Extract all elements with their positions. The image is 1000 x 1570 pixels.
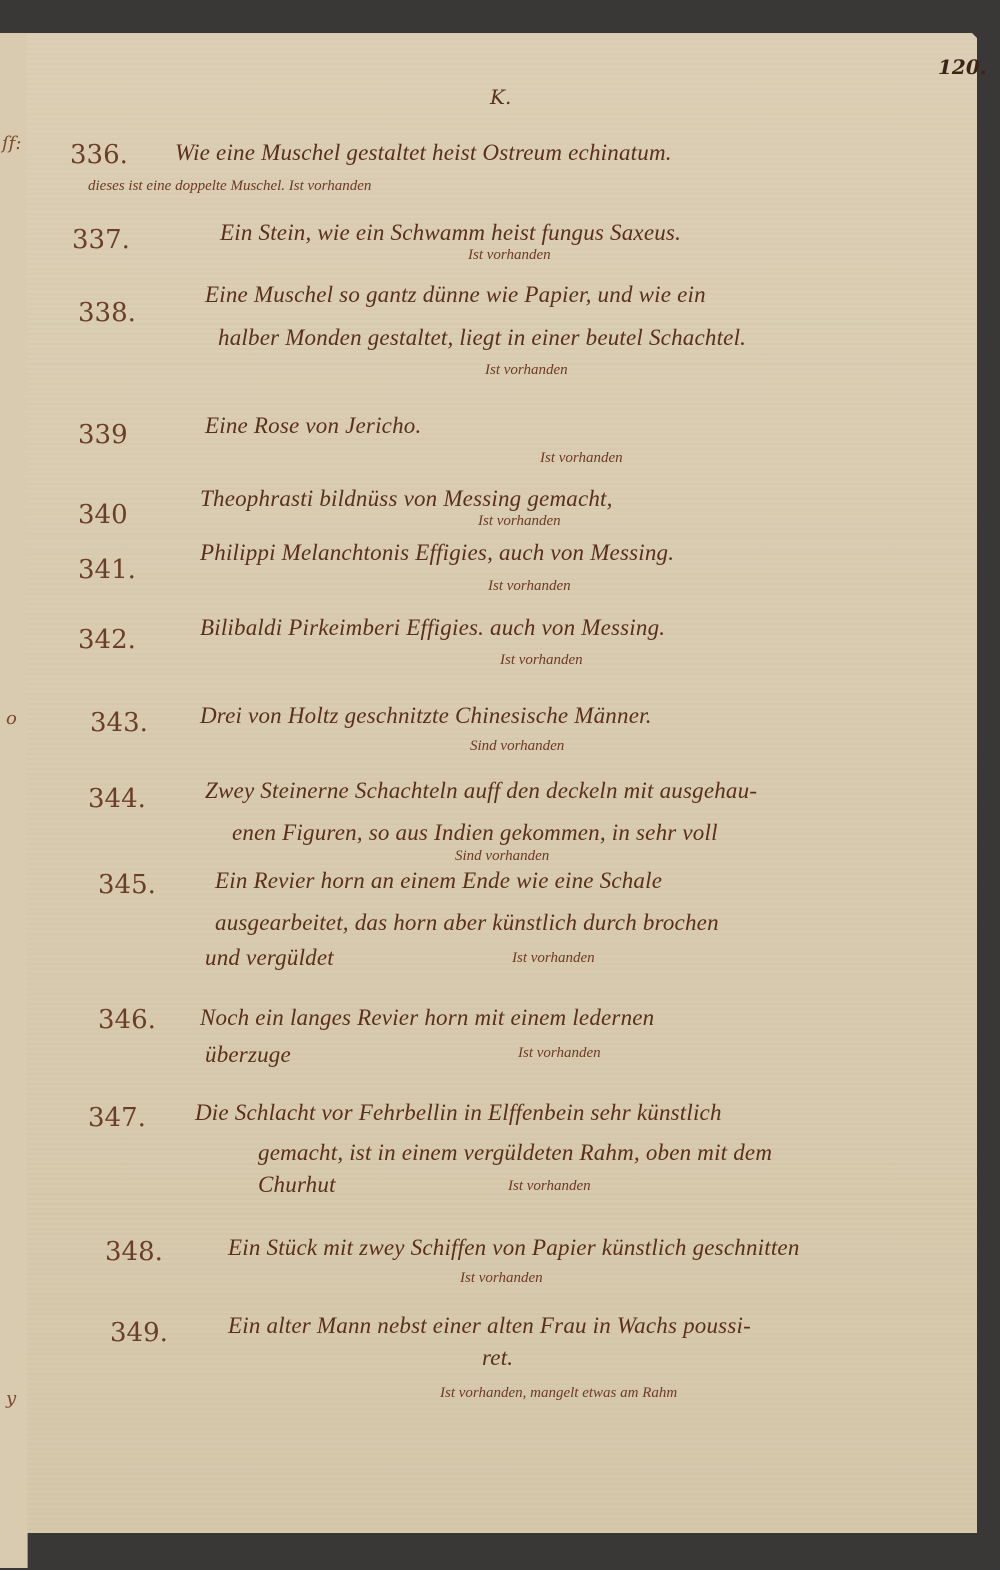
entry-text: überzuge bbox=[205, 1042, 291, 1068]
entry-text: Bilibaldi Pirkeimberi Effigies. auch von… bbox=[200, 615, 665, 641]
entry-number: 349. bbox=[110, 1318, 168, 1348]
entry-text: Drei von Holtz geschnitzte Chinesische M… bbox=[200, 703, 652, 729]
entry-note: Ist vorhanden bbox=[485, 362, 568, 379]
entry-text: ret. bbox=[482, 1345, 513, 1371]
entry-note: Ist vorhanden bbox=[508, 1178, 591, 1195]
entry-note: Ist vorhanden bbox=[488, 578, 571, 595]
entry-text: Philippi Melanchtonis Effigies, auch von… bbox=[200, 540, 674, 566]
entry-number: 336. bbox=[70, 140, 128, 170]
entry-number: 338. bbox=[78, 298, 136, 328]
folio-number: 120. bbox=[938, 55, 987, 79]
entry-note: Ist vorhanden bbox=[468, 247, 551, 264]
entry-number: 348. bbox=[105, 1237, 163, 1267]
entry-text: ausgearbeitet, das horn aber künstlich d… bbox=[215, 910, 719, 936]
entry-text: Churhut bbox=[258, 1172, 336, 1198]
entry-text: Ein Stein, wie ein Schwamm heist fungus … bbox=[220, 220, 681, 246]
entry-text: Ein Stück mit zwey Schiffen von Papier k… bbox=[228, 1235, 800, 1261]
entry-number: 345. bbox=[98, 870, 156, 900]
entry-text: Noch ein langes Revier horn mit einem le… bbox=[200, 1005, 654, 1031]
entry-text: gemacht, ist in einem vergüldeten Rahm, … bbox=[258, 1140, 772, 1166]
entry-text: und vergüldet bbox=[205, 945, 334, 971]
entry-text: Ein Revier horn an einem Ende wie eine S… bbox=[215, 868, 662, 894]
entry-number: 343. bbox=[90, 708, 148, 738]
entry-note: dieses ist eine doppelte Muschel. Ist vo… bbox=[88, 178, 371, 195]
adjacent-page-fragment: ſf: bbox=[2, 133, 21, 154]
entry-note: Ist vorhanden bbox=[512, 950, 595, 967]
entry-text: Eine Rose von Jericho. bbox=[205, 413, 421, 439]
adjacent-page-fragment: y bbox=[6, 1388, 16, 1409]
adjacent-page-fragment: o bbox=[6, 708, 17, 729]
entry-note: Sind vorhanden bbox=[470, 738, 564, 755]
entry-text: Die Schlacht vor Fehrbellin in Elffenbei… bbox=[195, 1100, 722, 1126]
entry-number: 344. bbox=[88, 784, 146, 814]
entry-note: Ist vorhanden bbox=[478, 513, 561, 530]
entry-text: Wie eine Muschel gestaltet heist Ostreum… bbox=[175, 140, 672, 166]
entry-text: Ein alter Mann nebst einer alten Frau in… bbox=[228, 1313, 751, 1339]
entry-number: 346. bbox=[98, 1005, 156, 1035]
entry-number: 339 bbox=[78, 420, 128, 450]
entry-number: 342. bbox=[78, 625, 136, 655]
entry-number: 341. bbox=[78, 555, 136, 585]
entry-text: Zwey Steinerne Schachteln auff den decke… bbox=[205, 778, 757, 804]
entry-number: 340 bbox=[78, 500, 128, 530]
entry-note: Ist vorhanden bbox=[540, 450, 623, 467]
header-mark: K. bbox=[490, 85, 511, 109]
adjacent-page-edge: ſf: o y bbox=[0, 33, 28, 1568]
entry-number: 347. bbox=[88, 1103, 146, 1133]
entry-number: 337. bbox=[72, 225, 130, 255]
entry-text: Theophrasti bildnüss von Messing gemacht… bbox=[200, 486, 613, 512]
entry-note: Ist vorhanden bbox=[500, 652, 583, 669]
entry-note: Ist vorhanden bbox=[460, 1270, 543, 1287]
entry-note: Ist vorhanden bbox=[518, 1045, 601, 1062]
entry-text: Eine Muschel so gantz dünne wie Papier, … bbox=[205, 282, 706, 308]
entry-text: enen Figuren, so aus Indien gekommen, in… bbox=[232, 820, 718, 846]
entry-text: halber Monden gestaltet, liegt in einer … bbox=[218, 325, 746, 351]
entry-note: Ist vorhanden, mangelt etwas am Rahm bbox=[440, 1385, 677, 1402]
entry-note: Sind vorhanden bbox=[455, 848, 549, 865]
